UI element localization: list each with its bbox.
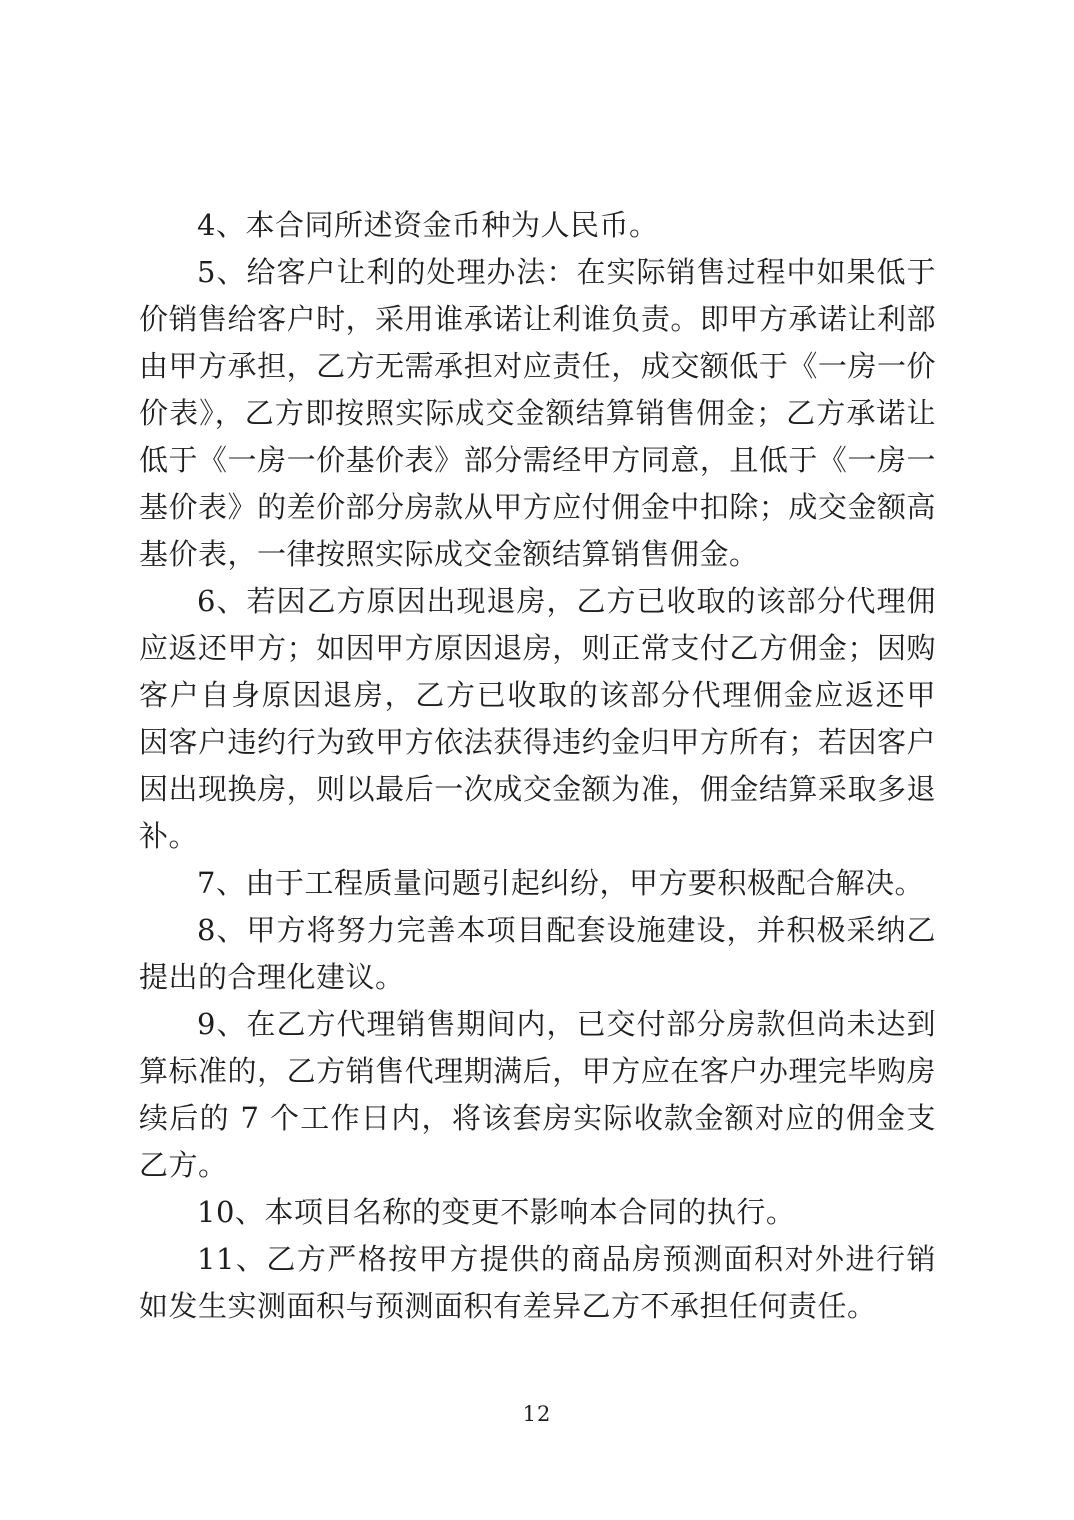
document-line: 4、本合同所述资金币种为人民币。	[139, 202, 936, 249]
document-line: 因客户违约行为致甲方依法获得违约金归甲方所有；若因客户原	[139, 719, 936, 766]
document-line: 因出现换房，则以最后一次成交金额为准，佣金结算采取多退少	[139, 766, 936, 813]
document-line: 提出的合理化建议。	[139, 954, 936, 1001]
document-line: 价表》，乙方即按照实际成交金额结算销售佣金；乙方承诺让利	[139, 390, 936, 437]
document-line: 续后的 7 个工作日内，将该套房实际收款金额对应的佣金支付给	[139, 1095, 936, 1142]
document-line: 6、若因乙方原因出现退房，乙方已收取的该部分代理佣金	[139, 578, 936, 625]
contract-body: 4、本合同所述资金币种为人民币。5、给客户让利的处理办法：在实际销售过程中如果低…	[139, 202, 936, 1330]
document-line: 11、乙方严格按甲方提供的商品房预测面积对外进行销售，	[139, 1236, 936, 1283]
document-line: 低于《一房一价基价表》部分需经甲方同意，且低于《一房一价	[139, 437, 936, 484]
document-line: 基价表》的差价部分房款从甲方应付佣金中扣除；成交金额高于	[139, 484, 936, 531]
document-line: 5、给客户让利的处理办法：在实际销售过程中如果低于基	[139, 249, 936, 296]
document-line: 应返还甲方；如因甲方原因退房，则正常支付乙方佣金；因购房	[139, 625, 936, 672]
document-line: 7、由于工程质量问题引起纠纷，甲方要积极配合解决。	[139, 860, 936, 907]
page-number: 12	[0, 1400, 1074, 1428]
document-line: 10、本项目名称的变更不影响本合同的执行。	[139, 1189, 936, 1236]
document-line: 算标准的，乙方销售代理期满后，甲方应在客户办理完毕购房手	[139, 1048, 936, 1095]
document-line: 客户自身原因退房，乙方已收取的该部分代理佣金应返还甲方；	[139, 672, 936, 719]
document-line: 由甲方承担，乙方无需承担对应责任，成交额低于《一房一价基	[139, 343, 936, 390]
document-line: 乙方。	[139, 1142, 936, 1189]
document-line: 8、甲方将努力完善本项目配套设施建设，并积极采纳乙方	[139, 907, 936, 954]
document-line: 如发生实测面积与预测面积有差异乙方不承担任何责任。	[139, 1283, 936, 1330]
document-line: 基价表，一律按照实际成交金额结算销售佣金。	[139, 531, 936, 578]
document-line: 价销售给客户时，采用谁承诺让利谁负责。即甲方承诺让利部分	[139, 296, 936, 343]
document-line: 补。	[139, 813, 936, 860]
document-line: 9、在乙方代理销售期间内，已交付部分房款但尚未达到结	[139, 1001, 936, 1048]
document-page: 4、本合同所述资金币种为人民币。5、给客户让利的处理办法：在实际销售过程中如果低…	[0, 0, 1074, 1520]
